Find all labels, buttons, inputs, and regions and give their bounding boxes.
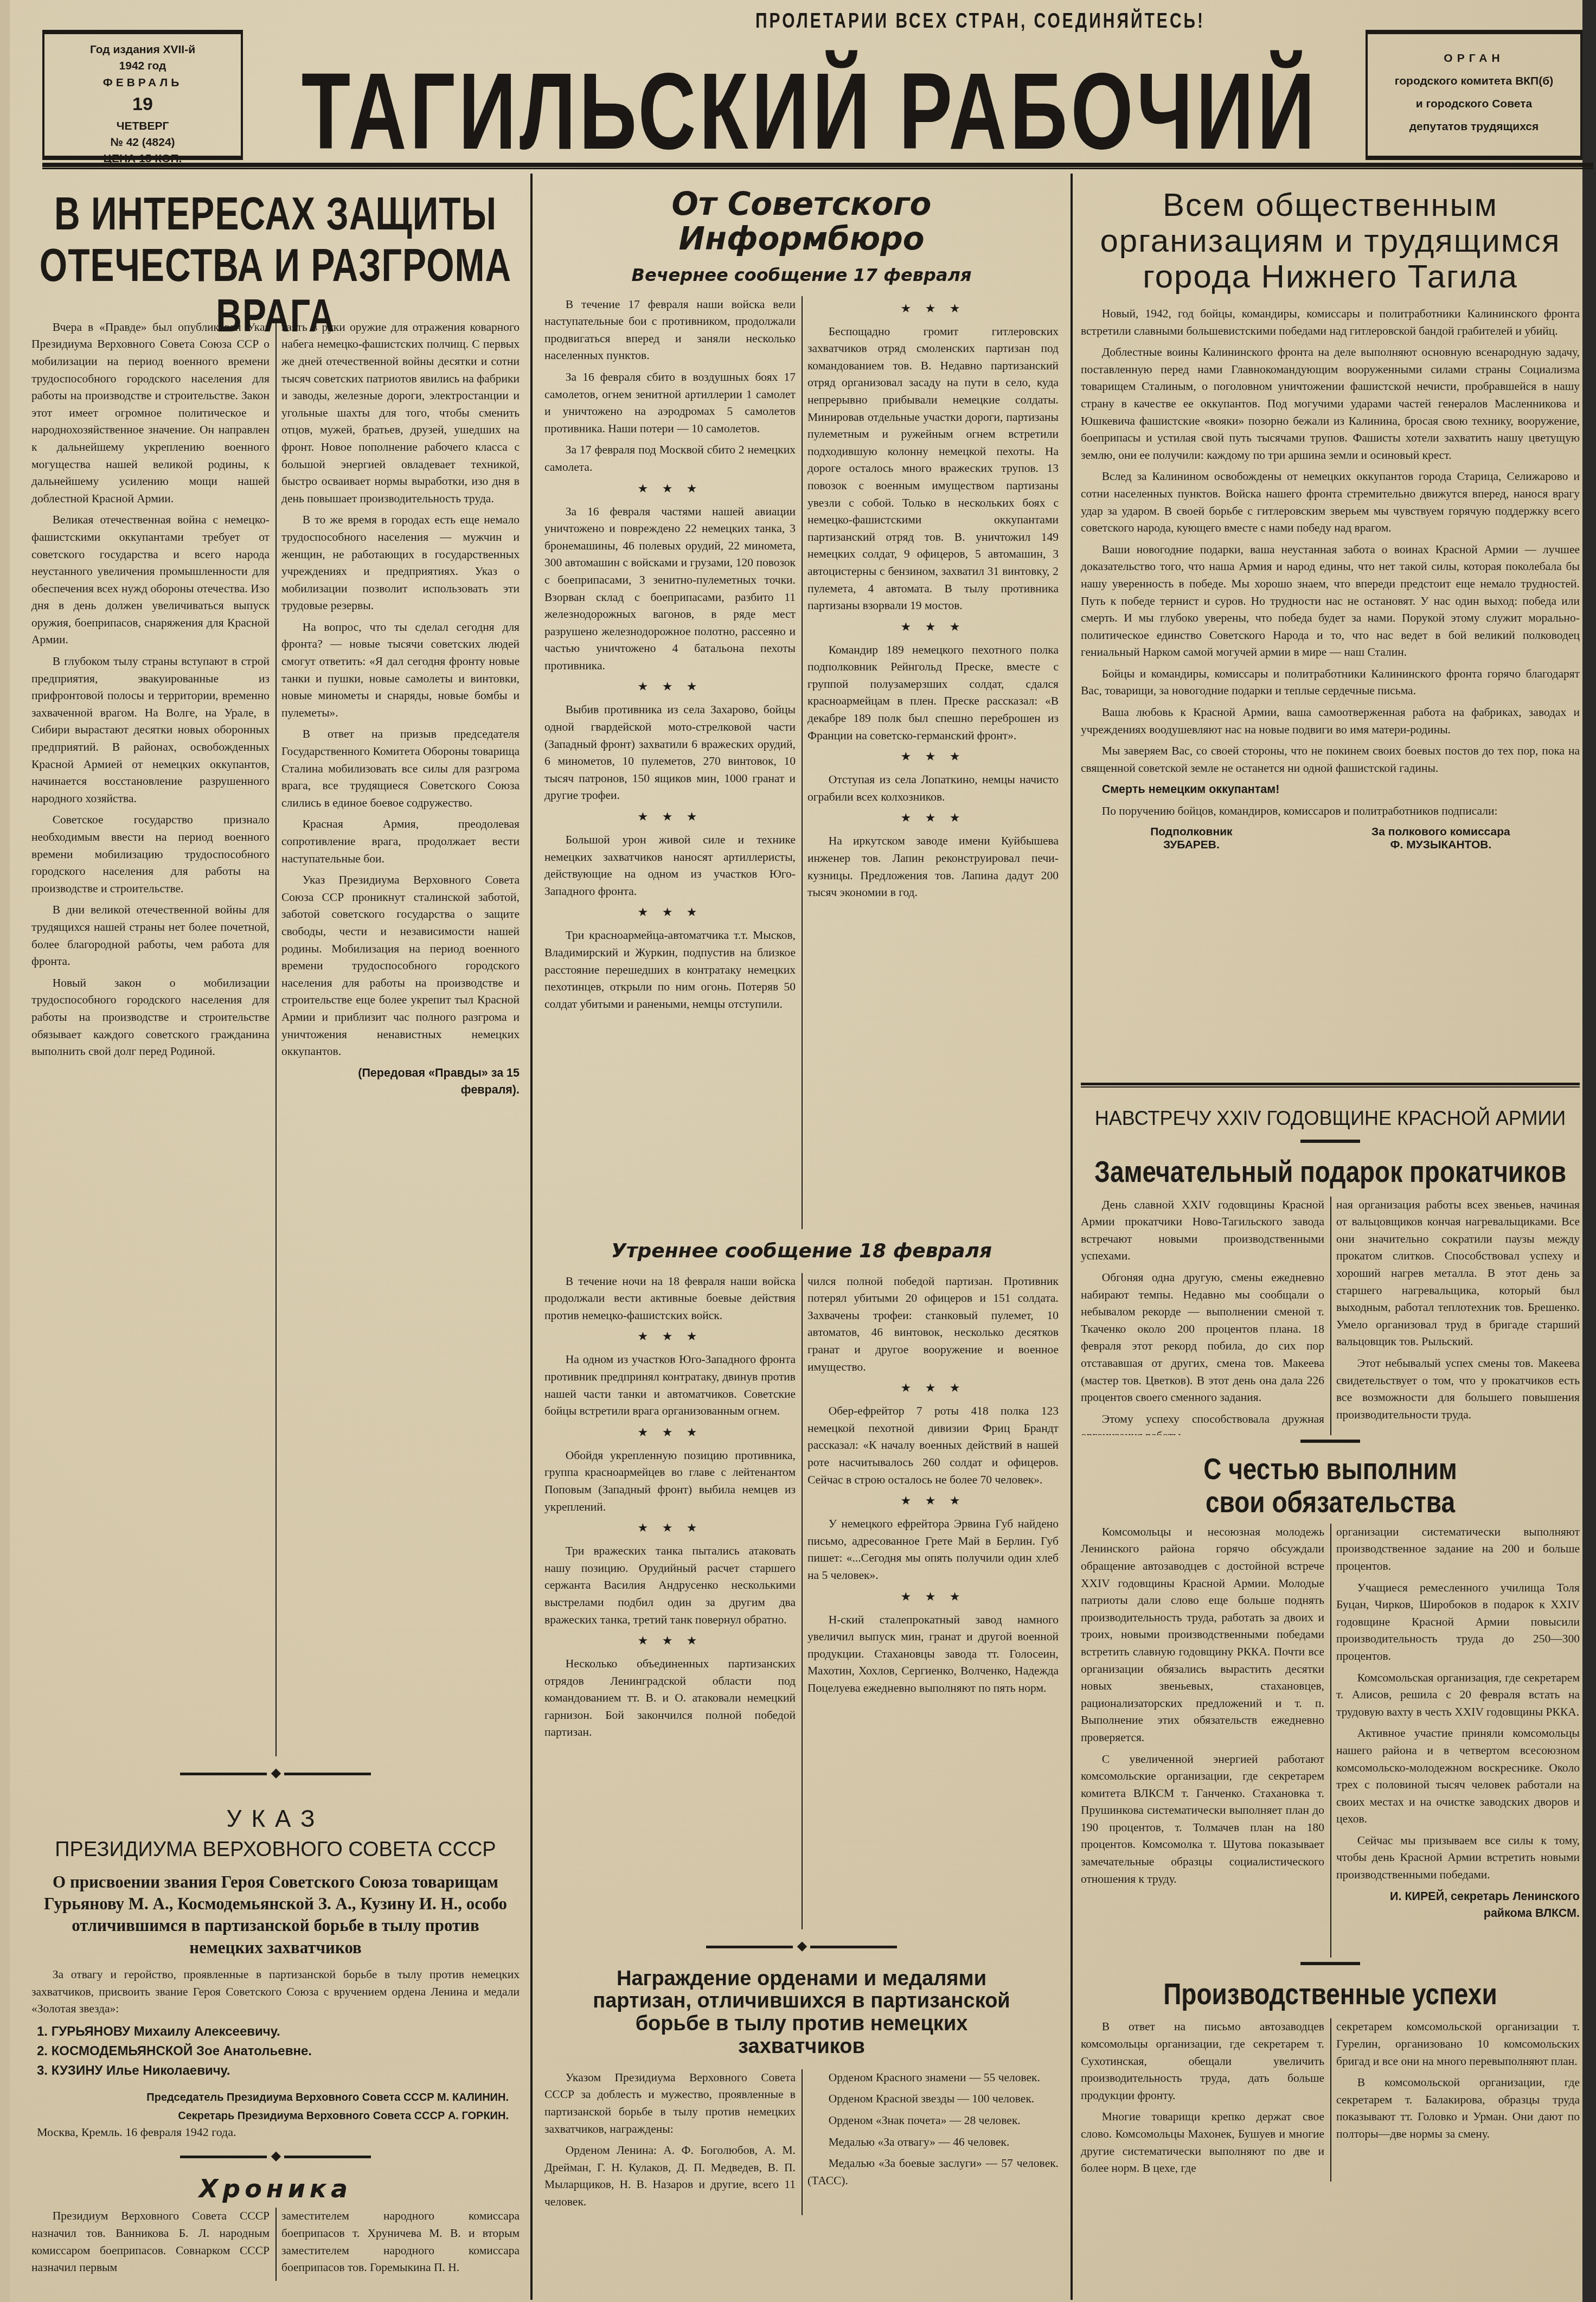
ukaz-section: УКАЗ ПРЕЗИДИУМА ВЕРХОВНОГО СОВЕТА СССР О… xyxy=(31,1789,520,2139)
paragraph: С увеличенной энергией работают комсомол… xyxy=(1081,1751,1324,1888)
article1-headline: Замечательный подарок прокатчиков xyxy=(1081,1142,1580,1201)
stars-separator: ★ ★ ★ xyxy=(807,620,1059,634)
month: ФЕВРАЛЬ xyxy=(48,75,238,91)
editorial-column: В ИНТЕРЕСАХ ЗАЩИТЫ ОТЕЧЕСТВА И РАЗГРОМА … xyxy=(31,174,520,2281)
article2-col-1: Комсомольцы и несоюзная молодежь Ленинск… xyxy=(1081,1524,1324,1958)
weekday: ЧЕТВЕРГ xyxy=(48,118,238,135)
evening-col-1: В течение 17 февраля наши войска вели на… xyxy=(544,296,796,1229)
organ-label: ОРГАН xyxy=(1371,47,1577,70)
paragraph: За 16 февраля частями нашей авиации унич… xyxy=(544,503,796,675)
award-line: Медалью «За боевые заслуги» — 57 человек… xyxy=(807,2155,1059,2189)
day: 19 xyxy=(48,91,238,118)
awards-col-1: Указом Президиума Верховного Совета СССР… xyxy=(544,2069,796,2215)
stars-separator: ★ ★ ★ xyxy=(807,811,1059,825)
paragraph: На одном из участков Юго-Западного фронт… xyxy=(544,1351,796,1419)
paragraph: Мы заверяем Вас, со своей стороны, что н… xyxy=(1081,743,1580,777)
paragraph: Этому успеху способствовала дружная орга… xyxy=(1081,1411,1324,1435)
paragraph: Указ Президиума Верховного Совета Союза … xyxy=(281,872,520,1060)
issue-info-box: Год издания XVII-й 1942 год ФЕВРАЛЬ 19 Ч… xyxy=(42,30,243,160)
appeal-signatures: ПодполковникЗУБАРЕВ. За полкового комисс… xyxy=(1081,826,1580,852)
paragraph: Новый, 1942, год бойцы, командиры, комис… xyxy=(1081,305,1580,340)
recipient: 3. КУЗИНУ Илье Николаевичу. xyxy=(37,2061,520,2081)
stars-separator: ★ ★ ★ xyxy=(544,482,796,496)
paragraph: заместителем народного комиссара боеприп… xyxy=(281,2208,520,2276)
article1-col-1: День славной XXIV годовщины Красной Арми… xyxy=(1081,1197,1324,1435)
publisher-box: ОРГАН городского комитета ВКП(б) и город… xyxy=(1366,30,1582,160)
editorial-col-2: взять в руки оружие для отражения коварн… xyxy=(281,319,520,1756)
paragraph: взять в руки оружие для отражения коварн… xyxy=(281,319,520,508)
paragraph: Активное участие приняли комсомольцы наш… xyxy=(1336,1725,1580,1828)
issue-number: № 42 (4824) xyxy=(48,135,238,151)
slogan: ПРОЛЕТАРИИ ВСЕХ СТРАН, СОЕДИНЯЙТЕСЬ! xyxy=(755,9,1205,33)
paragraph: Три вражеских танка пытались атаковать н… xyxy=(544,1543,796,1628)
stars-separator: ★ ★ ★ xyxy=(544,810,796,824)
paragraph: В течение ночи на 18 февраля наши войска… xyxy=(544,1273,796,1325)
sovinformburo-headline: От Советского Информбюро xyxy=(544,174,1059,262)
paragraph: В ответ на письмо автозаводцев комсомоль… xyxy=(1081,2018,1324,2104)
year: 1942 год xyxy=(48,58,238,74)
paragraph: На иркутском заводе имени Куйбышева инже… xyxy=(807,833,1059,901)
article2-col-2: организации систематически выполняют про… xyxy=(1336,1524,1580,1958)
morning-col-1: В течение ночи на 18 февраля наши войска… xyxy=(544,1273,796,1929)
paragraph: В комсомольской организации, где секрета… xyxy=(1336,2074,1580,2143)
paragraph: Обойдя укрепленную позицию противника, г… xyxy=(544,1447,796,1516)
paragraph: У немецкого ефрейтора Эрвина Губ найдено… xyxy=(807,1516,1059,1584)
signature: ПодполковникЗУБАРЕВ. xyxy=(1150,826,1232,852)
paragraph: Комсомольцы и несоюзная молодежь Ленинск… xyxy=(1081,1524,1324,1747)
paragraph: Учащиеся ремесленного училища Толя Буцан… xyxy=(1336,1580,1580,1665)
stars-separator: ★ ★ ★ xyxy=(807,1590,1059,1604)
morning-report: В течение ночи на 18 февраля наши войска… xyxy=(544,1273,1059,1929)
signature-rank: Подполковник xyxy=(1150,826,1232,839)
paragraph: Отступая из села Лопаткино, немцы начист… xyxy=(807,771,1059,805)
ukaz-place-date: Москва, Кремль. 16 февраля 1942 года. xyxy=(31,2125,520,2139)
anniversary-rubric: НАВСТРЕЧУ XXIV ГОДОВЩИНЕ КРАСНОЙ АРМИИ xyxy=(1081,1096,1580,1135)
signature-rank: За полкового комиссара xyxy=(1371,826,1510,839)
editorial-body: Вчера в «Правде» был опубликован Указ Пр… xyxy=(31,319,520,1756)
paragraph: Три красноармейца-автоматчика т.т. Мыско… xyxy=(544,927,796,1013)
ukaz-subject: О присвоении звания Героя Советского Сою… xyxy=(31,1867,520,1966)
publisher-line: и городского Совета xyxy=(1371,93,1577,116)
paragraph: За 17 февраля под Москвой сбито 2 немецк… xyxy=(544,442,796,476)
paragraph: В глубоком тылу страны вступают в строй … xyxy=(31,653,270,807)
masthead-rule xyxy=(42,163,1593,169)
paragraph: Н-ский сталепрокатный завод намного увел… xyxy=(807,1612,1059,1697)
secretary-signature: Секретарь Президиума Верховного Совета С… xyxy=(31,2107,509,2125)
publisher-line: городского комитета ВКП(б) xyxy=(1371,70,1577,93)
publisher-line: депутатов трудящихся xyxy=(1371,116,1577,138)
ukaz-body: За отвагу и геройство, проявленные в пар… xyxy=(31,1966,520,2018)
paragraph: Большой урон живой силе и технике немецк… xyxy=(544,832,796,900)
stars-separator: ★ ★ ★ xyxy=(807,750,1059,764)
award-line: Медалью «За отвагу» — 46 человек. xyxy=(807,2134,1059,2151)
paragraph: Указом Президиума Верховного Совета СССР… xyxy=(544,2069,796,2138)
awards-headline: Награждение орденами и медалями партизан… xyxy=(544,1962,1059,2069)
paragraph: Красная Армия, преодолевая сопротивление… xyxy=(281,816,520,867)
evening-report: В течение 17 февраля наши войска вели на… xyxy=(544,296,1059,1229)
stars-separator: ★ ★ ★ xyxy=(544,1425,796,1440)
ukaz-title: УКАЗ xyxy=(31,1789,520,1833)
paragraph: В ответ на призыв председателя Государст… xyxy=(281,726,520,811)
evening-report-subhead: Вечернее сообщение 17 февраля xyxy=(544,262,1059,296)
year-of-issue: Год издания XVII-й xyxy=(48,42,238,58)
stars-separator: ★ ★ ★ xyxy=(544,1521,796,1535)
recipient: 2. КОСМОДЕМЬЯНСКОЙ Зое Анатольевне. xyxy=(37,2042,520,2061)
ornament-divider: ◆ xyxy=(31,2148,520,2164)
stars-separator: ★ ★ ★ xyxy=(544,680,796,694)
chairman-signature: Председатель Президиума Верховного Совет… xyxy=(31,2088,509,2107)
recipient: 1. ГУРЬЯНОВУ Михаилу Алексеевичу. xyxy=(37,2022,520,2042)
right-column: Всем общественным организациям и трудящи… xyxy=(1081,174,1580,2182)
paragraph: В то же время в городах есть еще немало … xyxy=(281,511,520,615)
paragraph: В течение 17 февраля наши войска вели на… xyxy=(544,296,796,365)
paragraph: За 16 февраля сбито в воздушных боях 17 … xyxy=(544,369,796,437)
article3-body: В ответ на письмо автозаводцев комсомоль… xyxy=(1081,2018,1580,2181)
ukaz-recipients: 1. ГУРЬЯНОВУ Михаилу Алексеевичу. 2. КОС… xyxy=(31,2022,520,2081)
paragraph: Ваши новогодние подарки, ваша неустанная… xyxy=(1081,541,1580,661)
editorial-source: (Передовая «Правды» за 15 февраля). xyxy=(281,1065,520,1099)
paragraph: На вопрос, что ты сделал сегодня для фро… xyxy=(281,619,520,722)
ornament-divider: ◆ xyxy=(544,1938,1059,1954)
paragraph: Вслед за Калинином освобождены от немецк… xyxy=(1081,468,1580,536)
chronicle-section: Хроника Президиум Верховного Совета СССР… xyxy=(31,2172,520,2281)
paragraph: Сейчас мы призываем все силы к тому, что… xyxy=(1336,1832,1580,1884)
chronicle-title: Хроника xyxy=(31,2172,520,2208)
masthead: Год издания XVII-й 1942 год ФЕВРАЛЬ 19 Ч… xyxy=(26,0,1577,179)
morning-report-subhead: Утреннее сообщение 18 февраля xyxy=(544,1229,1059,1273)
paragraph: Этот небывалый успех смены тов. Макеева … xyxy=(1336,1355,1580,1423)
signature: За полкового комиссараФ. МУЗЫКАНТОВ. xyxy=(1371,826,1510,852)
ukaz-issuer: ПРЕЗИДИУМА ВЕРХОВНОГО СОВЕТА СССР xyxy=(31,1833,520,1867)
stars-separator: ★ ★ ★ xyxy=(544,1634,796,1648)
stars-separator: ★ ★ ★ xyxy=(807,1381,1059,1395)
paragraph: секретарем комсомольской организации т. … xyxy=(1336,2018,1580,2070)
paragraph: чился полной победой партизан. Противник… xyxy=(807,1273,1059,1376)
stars-separator: ★ ★ ★ xyxy=(544,1329,796,1344)
awards-body: Указом Президиума Верховного Совета СССР… xyxy=(544,2069,1059,2215)
paragraph: Советское государство признало необходим… xyxy=(31,811,270,897)
article3-col-2: секретарем комсомольской организации т. … xyxy=(1336,2018,1580,2181)
signature-name: Ф. МУЗЫКАНТОВ. xyxy=(1371,839,1510,852)
article3-col-1: В ответ на письмо автозаводцев комсомоль… xyxy=(1081,2018,1324,2181)
paragraph: День славной XXIV годовщины Красной Арми… xyxy=(1081,1197,1324,1265)
paragraph: ная организация работы всех звеньев, нач… xyxy=(1336,1197,1580,1351)
article3-headline: Производственные успехи xyxy=(1081,1965,1580,2024)
paragraph: Выбив противника из села Захарово, бойцы… xyxy=(544,701,796,804)
paragraph: Бойцы и командиры, комиссары и политрабо… xyxy=(1081,666,1580,700)
article1-col-2: ная организация работы всех звеньев, нач… xyxy=(1336,1197,1580,1435)
paragraph: организации систематически выполняют про… xyxy=(1336,1524,1580,1575)
paragraph: Несколько объединенных партизанских отря… xyxy=(544,1655,796,1741)
appeal-commission: По поручению бойцов, командиров, комисса… xyxy=(1081,803,1580,820)
evening-col-2: ★ ★ ★ Беспощадно громит гитлеровских зах… xyxy=(807,296,1059,1229)
appeal-article: Всем общественным организациям и трудящи… xyxy=(1081,174,1580,1074)
paragraph: Вчера в «Правде» был опубликован Указ Пр… xyxy=(31,319,270,508)
signature-name: ЗУБАРЕВ. xyxy=(1150,839,1232,852)
section-rule xyxy=(1081,1083,1580,1088)
award-line: Орденом Красного знамени — 55 человек. xyxy=(807,2069,1059,2087)
stars-separator: ★ ★ ★ xyxy=(807,1494,1059,1508)
article2-headline: С честью выполним свои обязательства xyxy=(1081,1439,1580,1531)
ukaz-signatures: Председатель Президиума Верховного Совет… xyxy=(31,2088,520,2125)
awards-col-2: Орденом Красного знамени — 55 человек. О… xyxy=(807,2069,1059,2215)
paragraph: Ваша любовь к Красной Армии, ваша самоот… xyxy=(1081,704,1580,738)
appeal-slogan: Смерть немецким оккупантам! xyxy=(1081,781,1580,798)
article2-signature: И. КИРЕЙ, секретарь Ленинского райкома В… xyxy=(1336,1888,1580,1922)
paragraph: В дни великой отечественной войны для тр… xyxy=(31,901,270,970)
appeal-headline: Всем общественным организациям и трудящи… xyxy=(1081,174,1580,305)
paragraph: Комсомольская организация, где секретаре… xyxy=(1336,1670,1580,1721)
paragraph: Командир 189 немецкого пехотного полка п… xyxy=(807,642,1059,745)
editorial-col-1: Вчера в «Правде» был опубликован Указ Пр… xyxy=(31,319,270,1756)
paragraph: Беспощадно громит гитлеровских захватчик… xyxy=(807,323,1059,615)
chronicle-body: Президиум Верховного Совета СССР назначи… xyxy=(31,2208,520,2280)
paragraph: Новый закон о мобилизации трудоспособног… xyxy=(31,975,270,1060)
article2-body: Комсомольцы и несоюзная молодежь Ленинск… xyxy=(1081,1524,1580,1958)
paragraph: Орденом Ленина: А. Ф. Боголюбов, А. М. Д… xyxy=(544,2142,796,2210)
paragraph: Обгоняя одна другую, смены ежедневно наб… xyxy=(1081,1269,1324,1406)
newspaper-page: Год издания XVII-й 1942 год ФЕВРАЛЬ 19 Ч… xyxy=(10,0,1582,2302)
paragraph: Великая отечественная война с немецко-фа… xyxy=(31,511,270,649)
paragraph: Доблестные воины Калининского фронта на … xyxy=(1081,344,1580,464)
article1-body: День славной XXIV годовщины Красной Арми… xyxy=(1081,1197,1580,1435)
paragraph: Обер-ефрейтор 7 роты 418 полка 123 немец… xyxy=(807,1403,1059,1488)
sovinformburo-column: От Советского Информбюро Вечернее сообще… xyxy=(530,174,1073,2300)
stars-separator: ★ ★ ★ xyxy=(544,905,796,919)
morning-col-2: чился полной победой партизан. Противник… xyxy=(807,1273,1059,1929)
ornament-divider: ◆ xyxy=(31,1765,520,1781)
award-line: Орденом «Знак почета» — 28 человек. xyxy=(807,2112,1059,2130)
newspaper-title: ТАГИЛЬСКИЙ РАБОЧИЙ xyxy=(300,50,1319,175)
stars-separator: ★ ★ ★ xyxy=(807,302,1059,316)
paragraph: Многие товарищи крепко держат свое слово… xyxy=(1081,2108,1324,2177)
paragraph: Президиум Верховного Совета СССР назначи… xyxy=(31,2208,270,2276)
award-line: Орденом Красной звезды — 100 человек. xyxy=(807,2090,1059,2108)
